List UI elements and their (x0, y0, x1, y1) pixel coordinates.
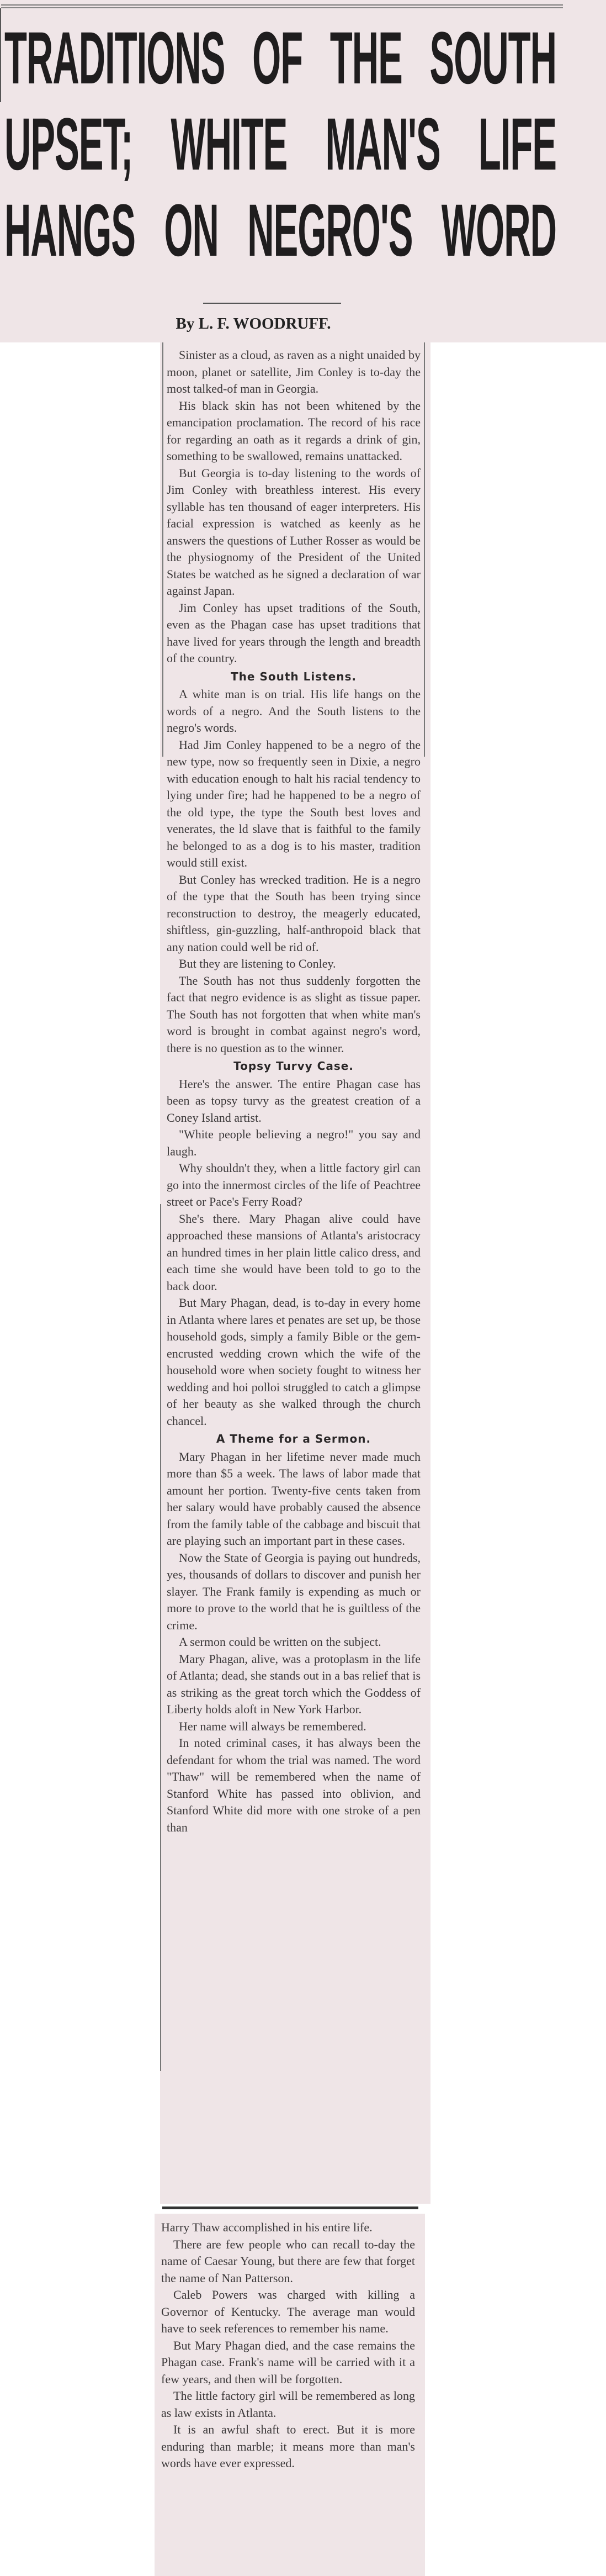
paragraph: "White people believing a negro!" you sa… (167, 1126, 421, 1160)
paragraph: Here's the answer. The entire Phagan cas… (167, 1076, 421, 1127)
paragraph: Her name will always be remembered. (167, 1718, 421, 1735)
paragraph: Jim Conley has upset traditions of the S… (167, 600, 421, 667)
headline: TRADITIONS OF THE SOUTH UPSET; WHITE MAN… (4, 15, 280, 274)
headline-line-3: HANGS ON NEGRO'S WORD (4, 188, 556, 274)
article-body: Sinister as a cloud, as raven as a night… (167, 347, 421, 1836)
subheading: A Theme for a Sermon. (167, 1430, 421, 1448)
paragraph: There are few people who can recall to-d… (161, 2236, 415, 2287)
paragraph: But they are listening to Conley. (167, 956, 421, 973)
paragraph: Had Jim Conley happened to be a negro of… (167, 737, 421, 872)
paragraph: A sermon could be written on the subject… (167, 1634, 421, 1651)
paragraph: But Conley has wrecked tradition. He is … (167, 872, 421, 956)
column-edge (0, 8, 1, 102)
paragraph: But Mary Phagan, dead, is to-day in ever… (167, 1295, 421, 1429)
paragraph: In noted criminal cases, it has always b… (167, 1735, 421, 1836)
paragraph: Harry Thaw accomplished in his entire li… (161, 2219, 415, 2236)
paragraph: Sinister as a cloud, as raven as a night… (167, 347, 421, 398)
paragraph: The South has not thus suddenly forgotte… (167, 973, 421, 1057)
byline-rule (203, 303, 341, 304)
byline: By L. F. WOODRUFF. (0, 315, 606, 333)
paragraph: Mary Phagan, alive, was a protoplasm in … (167, 1651, 421, 1718)
paragraph: Now the State of Georgia is paying out h… (167, 1550, 421, 1634)
article-continuation: Harry Thaw accomplished in his entire li… (155, 2214, 425, 2576)
paragraph: Caleb Powers was charged with killing a … (161, 2287, 415, 2337)
paragraph: His black skin has not been whitened by … (167, 398, 421, 465)
subheading: Topsy Turvy Case. (167, 1058, 421, 1075)
paragraph: But Mary Phagan died, and the case remai… (161, 2337, 415, 2388)
paragraph: Why shouldn't they, when a little factor… (167, 1160, 421, 1211)
byline-text: By L. F. WOODRUFF. (176, 315, 331, 332)
subheading: The South Listens. (167, 668, 421, 685)
column-right-rule (424, 342, 425, 757)
continuation-body: Harry Thaw accomplished in his entire li… (161, 2219, 415, 2472)
column-left-rule (162, 342, 163, 757)
headline-block: TRADITIONS OF THE SOUTH UPSET; WHITE MAN… (0, 0, 606, 342)
paragraph: Mary Phagan in her lifetime never made m… (167, 1449, 421, 1550)
article-column: Sinister as a cloud, as raven as a night… (160, 342, 430, 2204)
paragraph: She's there. Mary Phagan alive could hav… (167, 1211, 421, 1295)
column-break-rule (162, 2207, 418, 2209)
column-left-rule-2 (160, 1204, 161, 2071)
paragraph: It is an awful shaft to erect. But it is… (161, 2421, 415, 2472)
paragraph: But Georgia is to-day listening to the w… (167, 465, 421, 600)
headline-line-1: TRADITIONS OF THE SOUTH (4, 15, 556, 102)
top-rule (1, 4, 563, 6)
paragraph: The little factory girl will be remember… (161, 2388, 415, 2421)
headline-line-2: UPSET; WHITE MAN'S LIFE (4, 102, 556, 188)
top-rule-2 (1, 7, 563, 8)
paragraph: A white man is on trial. His life hangs … (167, 686, 421, 737)
